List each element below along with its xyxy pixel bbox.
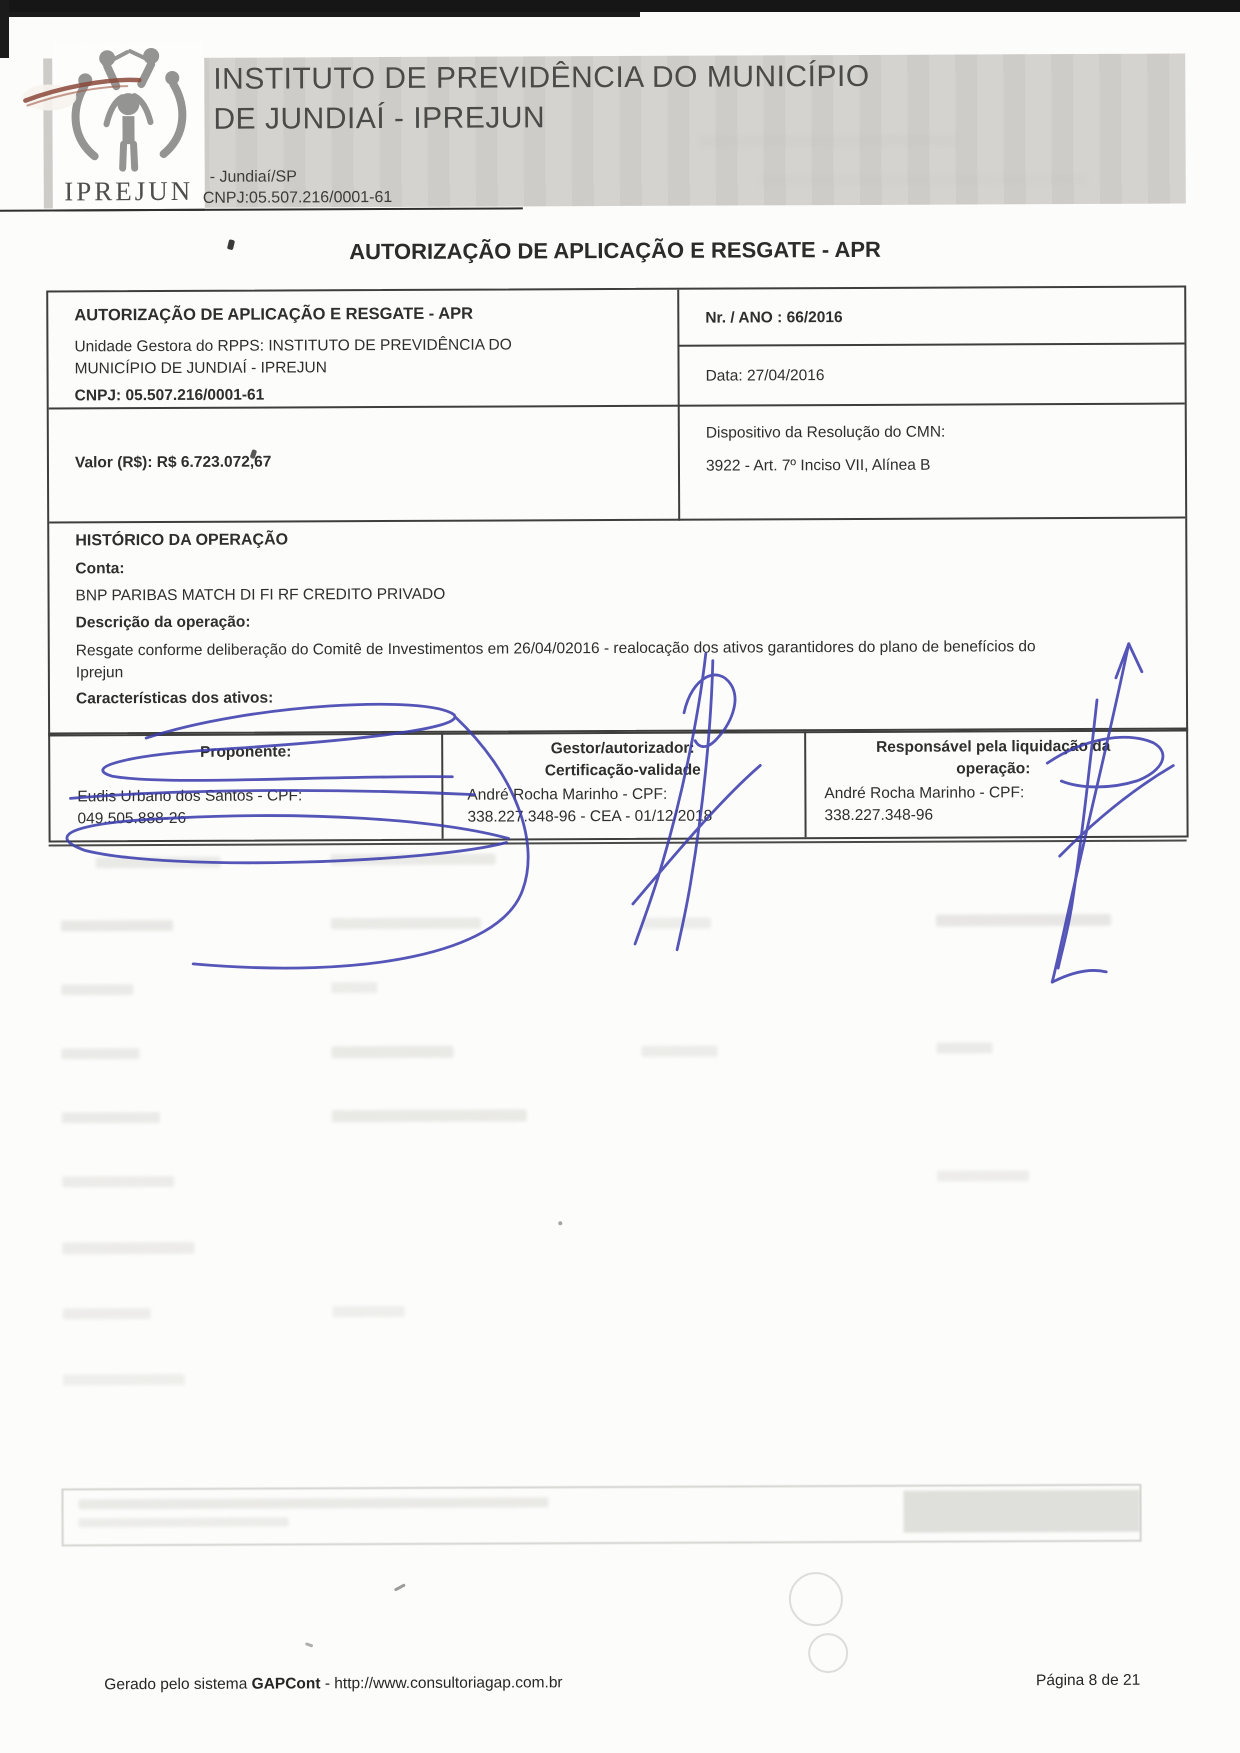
scan-ghost-text bbox=[937, 1170, 1029, 1181]
scan-ghost-text bbox=[331, 918, 481, 930]
scan-ghost-text bbox=[332, 1046, 454, 1059]
dispositivo-value: 3922 - Art. 7º Inciso VII, Alínea B bbox=[706, 455, 931, 478]
document-body: IPREJUN INSTITUTO DE PREVIDÊNCIA DO MUNI… bbox=[0, 0, 1240, 1753]
logo-people-icon bbox=[52, 42, 205, 175]
proponente-name: Eudis Urbano dos Santos - CPF: bbox=[77, 785, 302, 808]
gestor-cpf: 338.227.348-96 - CEA - 01/12/2018 bbox=[467, 806, 712, 829]
descricao-text-line1: Resgate conforme deliberação do Comitê d… bbox=[76, 636, 1166, 663]
scan-ghost-text bbox=[96, 857, 221, 869]
scanned-apr-document: IPREJUN INSTITUTO DE PREVIDÊNCIA DO MUNI… bbox=[0, 0, 1240, 1753]
scan-ghost-text bbox=[78, 1497, 548, 1509]
scan-ghost-text bbox=[758, 173, 1088, 186]
historico-title: HISTÓRICO DA OPERAÇÃO bbox=[75, 529, 288, 552]
caracteristicas-label: Características dos ativos: bbox=[76, 688, 273, 711]
scan-ghost-text bbox=[61, 920, 173, 931]
footer-generated: Gerado pelo sistema GAPCont - http://www… bbox=[104, 1674, 562, 1694]
org-name-line1: INSTITUTO DE PREVIDÊNCIA DO MUNICÍPIO bbox=[213, 56, 1153, 100]
scan-ghost-text bbox=[62, 1048, 140, 1059]
gestor-name: André Rocha Marinho - CPF: bbox=[467, 784, 667, 807]
descricao-text-line2: Iprejun bbox=[76, 662, 124, 684]
org-name-line2: DE JUNDIAÍ - IPREJUN bbox=[213, 96, 1153, 140]
cnpj-value: CNPJ: 05.507.216/0001-61 bbox=[75, 385, 265, 408]
valor-value: Valor (R$): R$ 6.723.072,67 bbox=[75, 452, 272, 475]
proponente-title: Proponente: bbox=[50, 741, 441, 765]
table-divider bbox=[677, 343, 1184, 347]
footer-generated-suffix: - http://www.consultoriagap.com.br bbox=[320, 1674, 562, 1692]
scan-ghost-text bbox=[698, 134, 958, 148]
scan-ghost-text bbox=[333, 1306, 405, 1317]
unidade-gestora-line1: Unidade Gestora do RPPS: INSTITUTO DE PR… bbox=[74, 334, 511, 358]
org-name: INSTITUTO DE PREVIDÊNCIA DO MUNICÍPIO DE… bbox=[213, 56, 1153, 140]
scan-doodle bbox=[790, 1573, 847, 1672]
apr-table: AUTORIZAÇÃO DE APLICAÇÃO E RESGATE - APR… bbox=[46, 286, 1188, 737]
scan-ghost-text bbox=[332, 1109, 527, 1122]
document-title: AUTORIZAÇÃO DE APLICAÇÃO E RESGATE - APR bbox=[46, 236, 1184, 267]
gestor-title-line2: Certificação-validade bbox=[441, 759, 804, 783]
scan-ghost-text bbox=[62, 1176, 174, 1187]
footer-system-name: GAPCont bbox=[252, 1675, 321, 1692]
scan-ghost-text bbox=[62, 1112, 160, 1123]
scan-speck bbox=[558, 1221, 562, 1225]
form-title: AUTORIZAÇÃO DE APLICAÇÃO E RESGATE - APR bbox=[74, 303, 473, 327]
dispositivo-label: Dispositivo da Resolução do CMN: bbox=[706, 422, 946, 445]
data-value: Data: 27/04/2016 bbox=[706, 365, 825, 388]
descricao-label: Descrição da operação: bbox=[76, 612, 251, 635]
scan-ghost-text bbox=[331, 854, 496, 866]
scan-speck bbox=[305, 1642, 314, 1648]
unidade-gestora-line2: MUNICÍPIO DE JUNDIAÍ - IPREJUN bbox=[74, 357, 326, 380]
logo-wordmark: IPREJUN bbox=[53, 176, 205, 208]
org-cnpj: CNPJ:05.507.216/0001-61 bbox=[203, 189, 393, 208]
liquidacao-cpf: 338.227.348-96 bbox=[824, 805, 933, 827]
scan-ghost-text bbox=[936, 1042, 992, 1053]
scan-speck bbox=[394, 1583, 406, 1591]
nr-ano-value: Nr. / ANO : 66/2016 bbox=[705, 307, 842, 330]
scan-ghost-text bbox=[63, 1308, 151, 1319]
gestor-title-line1: Gestor/autorizador: bbox=[441, 737, 804, 761]
scan-ghost-text bbox=[62, 1242, 194, 1255]
conta-value: BNP PARIBAS MATCH DI FI RF CREDITO PRIVA… bbox=[75, 584, 445, 608]
scan-ghost-text bbox=[63, 1374, 185, 1386]
liquidacao-title-line2: operação: bbox=[804, 758, 1182, 782]
scan-ghost-text bbox=[61, 984, 133, 995]
table-divider bbox=[49, 517, 1185, 524]
scan-ghost-block bbox=[903, 1490, 1139, 1533]
liquidacao-title-line1: Responsável pela liquidação da bbox=[804, 736, 1182, 760]
proponente-cpf: 049.505.888-26 bbox=[77, 808, 186, 830]
org-city: - Jundiaí/SP bbox=[210, 168, 297, 186]
scan-ghost-text bbox=[642, 1046, 718, 1057]
scan-ghost-text bbox=[79, 1517, 289, 1527]
conta-label: Conta: bbox=[75, 558, 124, 580]
footer-page-number: Página 8 de 21 bbox=[890, 1672, 1140, 1691]
footer-generated-prefix: Gerado pelo sistema bbox=[104, 1676, 251, 1694]
liquidacao-name: André Rocha Marinho - CPF: bbox=[824, 782, 1024, 805]
scan-ghost-text bbox=[936, 914, 1111, 927]
scan-ghost-text bbox=[641, 918, 711, 929]
signature-table: Proponente: Eudis Urbano dos Santos - CP… bbox=[48, 728, 1188, 843]
scan-ghost-text bbox=[331, 982, 377, 993]
